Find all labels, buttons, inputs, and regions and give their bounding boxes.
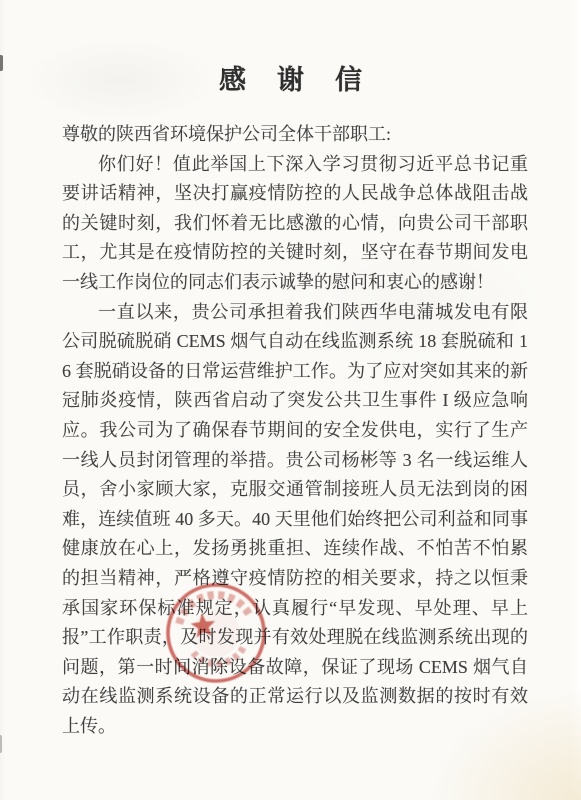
scan-edge-artifact <box>0 735 2 753</box>
paragraph-commendation: 一直以来，贵公司承担着我们陕西华电蒲城发电有限公司脱硫脱硝 CEMS 烟气自动在… <box>62 298 528 742</box>
paragraph-greeting: 你们好！值此举国上下深入学习贯彻习近平总书记重要讲话精神，坚决打赢疫情防控的人民… <box>62 150 528 298</box>
scanned-letter-page: 感谢信 尊敬的陕西省环境保护公司全体干部职工: 你们好！值此举国上下深入学习贯彻… <box>0 0 581 800</box>
letter-title: 感谢信 <box>0 0 581 98</box>
letter-body: 尊敬的陕西省环境保护公司全体干部职工: 你们好！值此举国上下深入学习贯彻习近平总… <box>62 120 528 741</box>
scan-edge-artifact <box>0 55 3 71</box>
salutation: 尊敬的陕西省环境保护公司全体干部职工: <box>62 120 528 150</box>
